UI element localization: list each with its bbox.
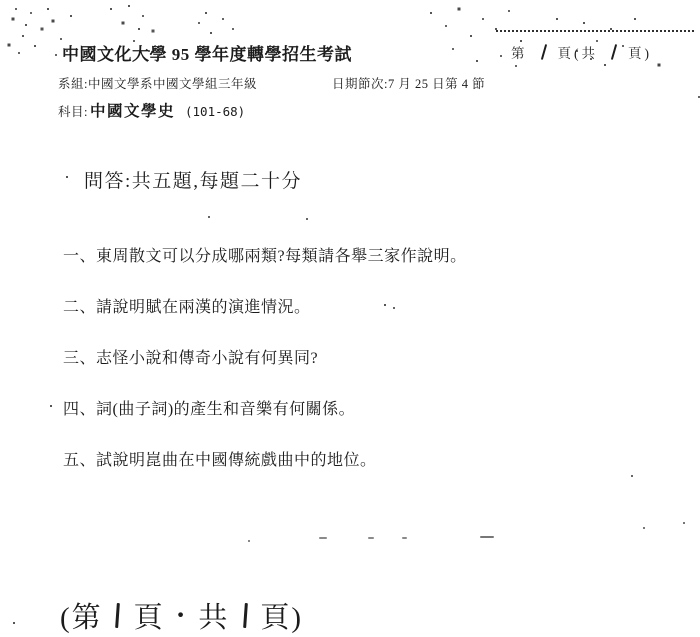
subject-label: 科目: [58,102,88,120]
question-item-3: 三、志怪小說和傳奇小說有何異同? [63,349,467,369]
page-label-prefix: 第 [511,42,528,62]
handwritten-page-number-footer [115,603,120,628]
instructions-line: 問答:共五題,每題二十分 [84,166,302,193]
date-session-line: 日期節次:7 月 25 日第 4 節 [332,74,485,92]
scan-noise-dash [319,537,327,539]
scan-noise-speckles [0,0,2,2]
footer-total-word: 共 [198,595,229,636]
subject-name: 中國文學史 [90,99,175,121]
question-item-5: 五、試說明崑曲在中國傳統戲曲中的地位。 [63,451,467,471]
page-number-footer: (第 頁 · 共 頁) [60,595,303,636]
footer-close: 頁) [260,595,303,636]
footer-page-word: 頁 [134,595,165,636]
question-item-4: 四、詞(曲子詞)的產生和音樂有何關係。 [63,400,467,420]
scan-noise-dash [480,536,494,538]
handwritten-total-pages [611,44,617,60]
page-label-suffix: 頁) [628,42,652,62]
scanned-exam-page: 第 頁(共 頁) 中國文化大學 95 學年度轉學招生考試 系組:中國文學系中國文… [0,0,700,637]
exam-title: 中國文化大學 95 學年度轉學招生考試 [62,40,352,65]
question-item-1: 一、東周散文可以分成哪兩類?每類請各舉三家作說明。 [63,247,467,267]
scan-noise-dash [368,537,374,539]
question-list: 一、東周散文可以分成哪兩類?每類請各舉三家作說明。 二、請說明賦在兩漢的演進情況… [63,247,467,471]
question-item-2: 二、請說明賦在兩漢的演進情況。 [63,298,467,318]
subject-code: (101-68) [185,104,245,119]
page-number-header: 第 頁(共 頁) [511,42,652,62]
subject-line: 科目: 中國文學史 (101-68) [58,99,245,121]
handwritten-page-number [540,44,546,60]
department-group-line: 系組:中國文學系中國文學組三年級 [58,74,257,92]
dotted-separator-line [496,30,694,32]
handwritten-total-pages-footer [244,603,249,628]
scan-noise-dash [402,537,407,539]
exam-meta-line: 系組:中國文學系中國文學組三年級 日期節次:7 月 25 日第 4 節 [0,74,700,92]
page-label-middle: 頁(共 [558,42,599,62]
footer-open: (第 [60,595,103,636]
footer-dot-separator: · [176,599,188,632]
